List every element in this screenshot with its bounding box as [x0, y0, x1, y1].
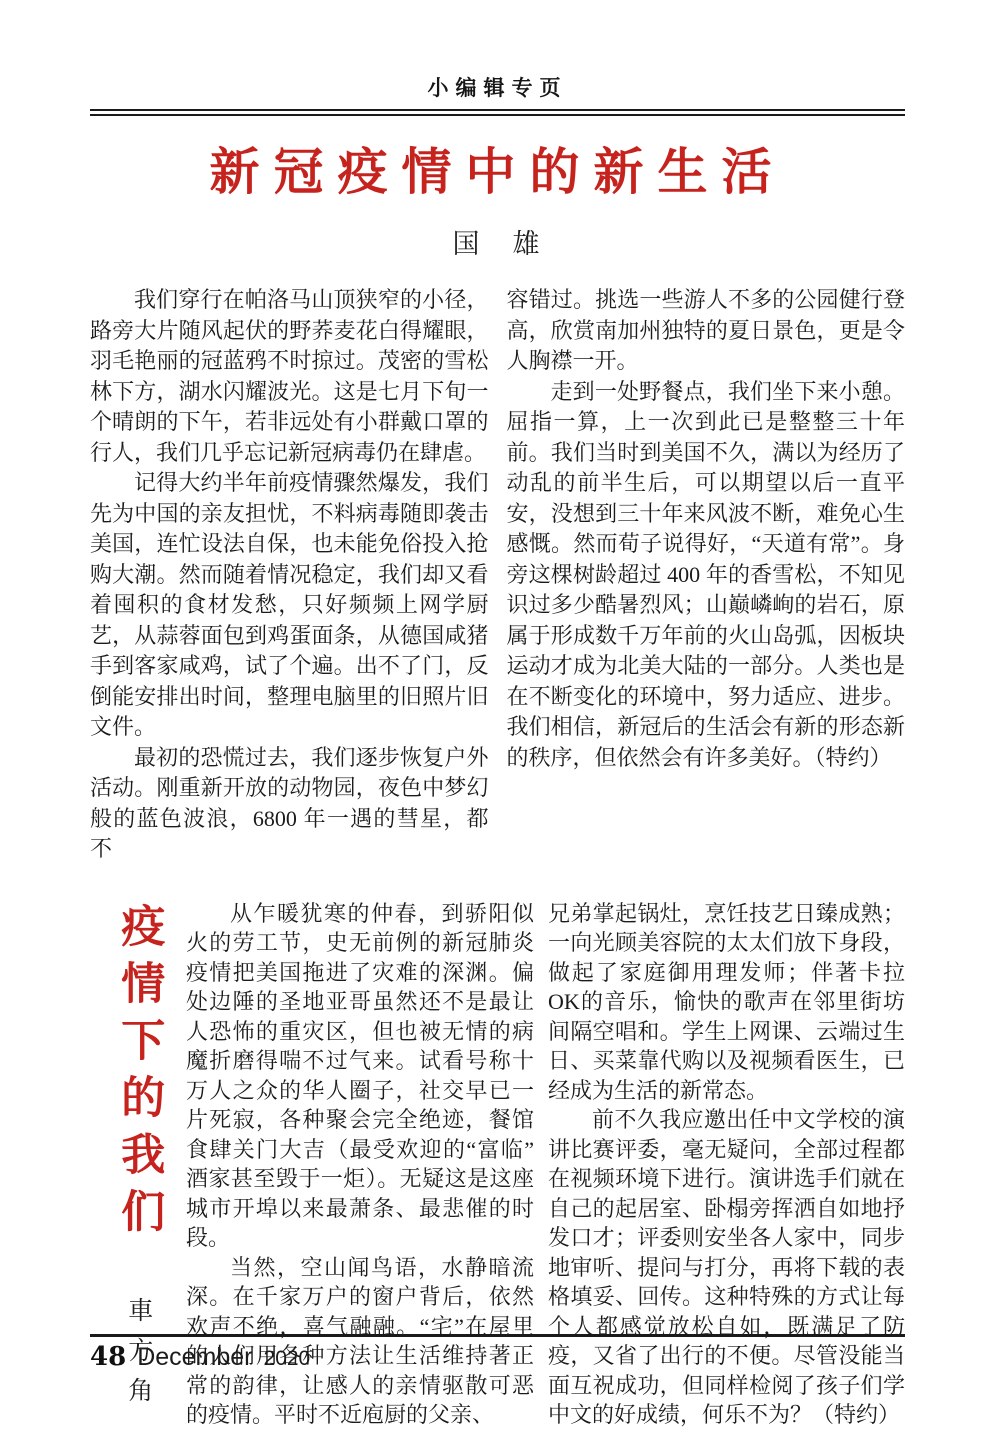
page-footer: 48 December 2020	[90, 1334, 905, 1372]
footer-year: 2020	[264, 1347, 311, 1371]
article1-body: 我们穿行在帕洛马山顶狭窄的小径，路旁大片随风起伏的野荞麦花白得耀眼，羽毛艳丽的冠…	[90, 285, 905, 865]
article1-right-column: 容错过。挑选一些游人不多的公园健行登高，欣赏南加州独特的夏日景色，更是令人胸襟一…	[507, 285, 906, 865]
article1-author: 国 雄	[90, 222, 905, 261]
article1-paragraph-1: 我们穿行在帕洛马山顶狭窄的小径，路旁大片随风起伏的野荞麦花白得耀眼，羽毛艳丽的冠…	[90, 285, 489, 468]
section-header-label: 小编辑专页	[90, 72, 905, 102]
page-number: 48	[90, 1342, 126, 1372]
article1-paragraph-4: 走到一处野餐点，我们坐下来小憩。屈指一算，上一次到此已是整整三十年前。我们当时到…	[507, 377, 906, 774]
article2-paragraph-1: 从乍暖犹寒的仲春，到骄阳似火的劳工节，史无前例的新冠肺炎疫情把美国拖进了灾难的深…	[186, 899, 534, 1253]
magazine-page: 小编辑专页 新冠疫情中的新生活 国 雄 我们穿行在帕洛马山顶狭窄的小径，路旁大片…	[0, 0, 993, 1451]
article2-paragraph-2-continued: 兄弟掌起锅灶，烹饪技艺日臻成熟；一向光顾美容院的太太们放下身段，做起了家庭御用理…	[548, 899, 905, 1106]
article1-left-column: 我们穿行在帕洛马山顶狭窄的小径，路旁大片随风起伏的野荞麦花白得耀眼，羽毛艳丽的冠…	[90, 285, 489, 865]
footer-month: December	[137, 1343, 252, 1372]
article2-paragraph-3: 前不久我应邀出任中文学校的演讲比赛评委，毫无疑问，全部过程都在视频环境下进行。演…	[548, 1105, 905, 1430]
footer-text: 48 December 2020	[90, 1342, 905, 1372]
article1-title: 新冠疫情中的新生活	[90, 132, 905, 204]
article1-paragraph-3-continued: 容错过。挑选一些游人不多的公园健行登高，欣赏南加州独特的夏日景色，更是令人胸襟一…	[507, 285, 906, 377]
page-header: 小编辑专页	[90, 0, 905, 116]
article1-paragraph-3: 最初的恐慌过去，我们逐步恢复户外活动。刚重新开放的动物园，夜色中梦幻般的蓝色波浪…	[90, 743, 489, 865]
footer-divider	[90, 1334, 905, 1337]
header-divider	[90, 109, 905, 116]
article1-paragraph-2: 记得大约半年前疫情骤然爆发，我们先为中国的亲友担忧，不料病毒随即袭击美国，连忙设…	[90, 468, 489, 743]
article2-vertical-title: 疫情下的我们	[114, 903, 162, 1245]
